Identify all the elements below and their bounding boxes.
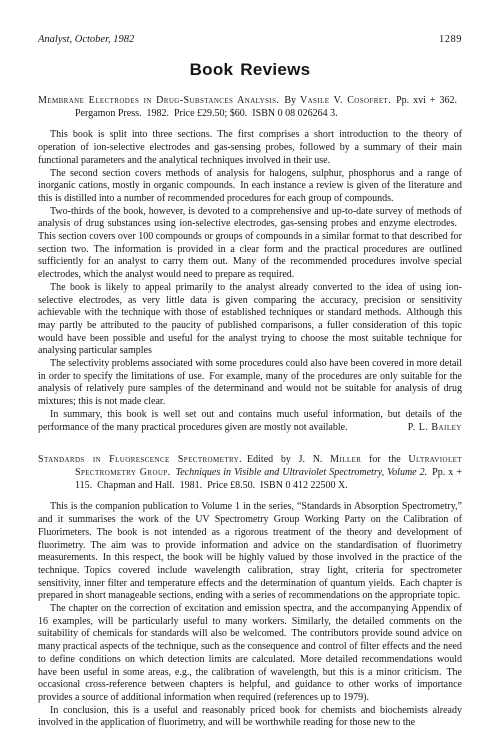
review-1-paragraph-6: In summary, this book is well set out an… [38,409,462,434]
review-1-by: By [279,95,300,106]
review-2-edited-by: Edited by J. N. [242,454,330,465]
review-2: Standards in Fluorescence Spectrometry. … [38,454,462,730]
page-number: 1289 [439,33,462,46]
review-1-paragraph-4: The book is likely to appeal primarily t… [38,282,462,358]
review-1-paragraph-5: The selectivity problems associated with… [38,358,462,409]
page-title: Book Reviews [38,60,462,80]
review-2-series-title: Techniques in Visible and Ultraviolet Sp… [171,467,428,478]
review-1-heading: Membrane Electrodes in Drug-Substances A… [38,95,462,120]
review-1-book-title: Membrane Electrodes in Drug-Substances A… [38,95,279,106]
review-2-paragraph-2: The chapter on the correction of excitat… [38,603,462,705]
journal-page: Analyst, October, 1982 1289 Book Reviews… [0,0,500,731]
review-1: Membrane Electrodes in Drug-Substances A… [38,95,462,434]
review-2-book-title: Standards in Fluorescence Spectrometry. [38,454,242,465]
review-2-editor: Miller [330,454,361,465]
review-1-paragraph-2: The second section covers methods of ana… [38,168,462,206]
review-1-reviewer-signature: P. L. Bailey [388,422,462,435]
review-2-paragraph-3: In conclusion, this is a useful and reas… [38,705,462,730]
review-1-paragraph-1: This book is split into three sections. … [38,129,462,167]
running-head: Analyst, October, 1982 1289 [38,33,462,46]
review-1-author: Vasile V. Cosofret. [300,95,391,106]
review-2-for-the: for the [361,454,408,465]
journal-title: Analyst, October, 1982 [38,33,134,46]
review-2-heading: Standards in Fluorescence Spectrometry. … [38,454,462,492]
review-1-paragraph-3: Two-thirds of the book, however, is devo… [38,206,462,282]
review-2-paragraph-1: This is the companion publication to Vol… [38,501,462,603]
